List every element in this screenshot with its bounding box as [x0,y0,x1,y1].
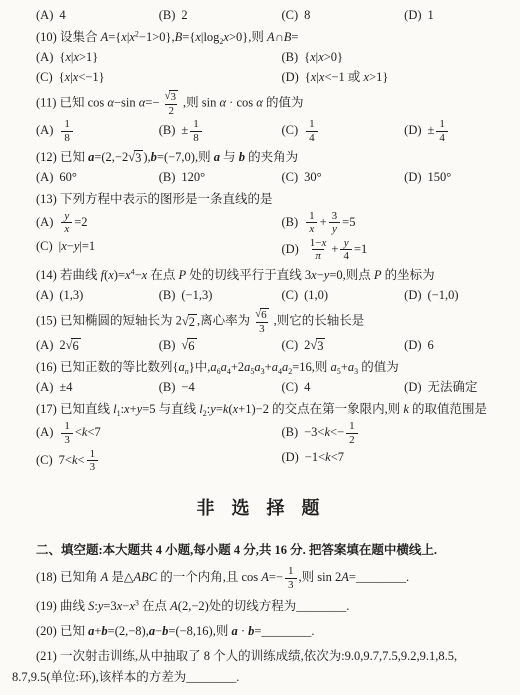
numerator: 1 [285,565,297,578]
vector-symbol: b [248,624,254,638]
denominator: 8 [190,131,202,145]
option-c: (C)4 [281,378,404,397]
option-d: (D)±14 [404,118,508,144]
vector-symbol: a [231,624,237,638]
option-text: (1,3) [59,288,83,302]
option-c: (C)30° [281,168,404,187]
numerator: 1 [346,420,358,433]
option-text: ±18 [181,123,203,137]
question-stem: (12) 已知 a=(2,−2√3),b=(−7,0),则 a 与 b 的夹角为 [36,148,508,167]
option-b: (B)(−1,3) [159,286,282,305]
option-d: (D)无法确定 [404,378,508,397]
option-c: (C)2√3 [281,336,404,355]
option-d: (D)(−1,0) [404,286,508,305]
numerator: √6 [252,308,272,322]
option-text: 1−xπ+y4=1 [305,242,367,256]
option-text: 18 [59,123,75,137]
numerator: 1 [61,420,73,433]
option-label: (B) [159,380,176,394]
option-text: yx=2 [59,215,87,229]
subscript: 1 [117,409,121,418]
fraction: 12 [346,420,358,446]
fraction: 14 [306,118,318,144]
option-label: (A) [36,338,53,352]
fraction: yx [61,210,72,236]
options-row: (C){x|x<−1}(D){x|x<−1 或 x>1} [36,68,508,87]
denominator: x [306,222,317,236]
denominator: 2 [165,104,177,118]
denominator: 3 [285,578,297,592]
option-d: (D)1 [404,6,508,25]
radicand: 6 [71,338,80,353]
denominator: 2 [346,433,358,447]
radicand: 3 [134,150,143,165]
fraction: 1−xπ [307,237,330,263]
option-b: (B)1x+3y=5 [281,210,508,236]
option-label: (A) [36,425,53,439]
option-a: (A)13<k<7 [36,420,281,446]
fill-in-question: (19) 曲线 S:y=3x−x3 在点 A(2,−2)处的切线方程为_____… [36,596,508,616]
option-text: {x|x<−1 或 x>1} [305,70,389,84]
options-row: (A)13<k<7(B)−3<k<−12 [36,420,508,446]
option-a: (A)±4 [36,378,159,397]
numerator: 1 [61,118,73,131]
fill-in-instructions: 二、填空题:本大题共 4 小题,每小题 4 分,共 16 分. 把答案填在题中横… [36,540,508,560]
radicand: 6 [260,308,269,322]
subscript: 2 [203,409,207,418]
fraction: 13 [87,448,99,474]
options-row: (A)4(B)2(C)8(D)1 [36,6,508,25]
option-label: (C) [36,239,53,253]
option-label: (B) [159,123,176,137]
option-label: (A) [36,170,53,184]
denominator: 3 [87,460,99,474]
sqrt-radical: √6 [66,338,81,353]
numerator: 3 [329,210,341,223]
option-b: (B)√6 [159,336,282,355]
denominator: π [312,249,324,263]
question-stem: (15) 已知椭圆的短轴长为 2√2,离心率为√63,则它的长轴长是 [36,308,508,335]
option-d: (D)150° [404,168,508,187]
option-a: (A)4 [36,6,159,25]
fraction: √63 [252,308,272,335]
option-text: 6 [428,338,434,352]
sqrt-radical: √6 [255,308,269,322]
option-text: 1 [428,8,434,22]
option-label: (C) [281,380,298,394]
fraction: 13 [285,565,297,591]
subscript: n [185,367,189,376]
option-b: (B)−4 [159,378,282,397]
option-label: (A) [36,215,53,229]
option-a: (A)(1,3) [36,286,159,305]
denominator: 3 [256,322,268,336]
numerator: 1 [87,448,99,461]
option-label: (D) [404,288,421,302]
option-label: (A) [36,8,53,22]
option-text: √6 [181,338,196,352]
option-c: (C)|x−y|=1 [36,237,281,263]
option-text: 4 [59,8,65,22]
vector-symbol: b [239,150,245,164]
option-label: (B) [281,215,298,229]
fraction: 1x [306,210,318,236]
option-text: {x|x>0} [304,50,343,64]
fraction: 18 [61,118,73,144]
option-d: (D)6 [404,336,508,355]
sqrt-radical: √6 [181,338,196,353]
option-text: −3<k<−12 [304,425,360,439]
option-text: |x−y|=1 [59,239,96,253]
subscript: 3 [354,367,358,376]
sqrt-radical: √3 [164,90,178,104]
vector-symbol: a [214,150,220,164]
subscript: 2 [288,367,292,376]
option-b: (B)−3<k<−12 [281,420,508,446]
fill-in-question: (20) 已知 a+b=(2,−8),a−b=(−8,16),则 a · b=_… [36,621,508,641]
option-a: (A)60° [36,168,159,187]
subscript: 3 [261,367,265,376]
options-row: (A)18(B)±18(C)14(D)±14 [36,118,508,144]
fraction: y4 [340,237,352,263]
option-b: (B){x|x>0} [281,48,508,67]
option-label: (C) [36,70,53,84]
option-text: ±14 [428,123,450,137]
vector-symbol: a [88,150,94,164]
denominator: 4 [436,131,448,145]
option-text: (−1,0) [428,288,459,302]
option-text: −1<k<7 [305,450,344,464]
option-text: 60° [59,170,77,184]
option-text: 150° [428,170,452,184]
options-row: (A){x|x>1}(B){x|x>0} [36,48,508,67]
radicand: 3 [316,338,325,353]
superscript: 4 [131,268,135,277]
option-text: (1,0) [304,288,328,302]
numerator: √3 [161,90,181,104]
question-stem: (10) 设集合 A={x|x2−1>0},B={x|log2x>0},则 A∩… [36,28,508,47]
option-text: 2√3 [304,338,325,352]
vector-symbol: b [162,624,168,638]
sqrt-radical: √3 [310,338,325,353]
option-label: (C) [281,288,298,302]
option-label: (D) [404,8,421,22]
option-text: 13<k<7 [59,425,100,439]
fraction: 3y [329,210,341,236]
option-text: 7<k<13 [59,453,100,467]
option-label: (A) [36,50,53,64]
denominator: y [329,222,340,236]
option-label: (A) [36,380,53,394]
option-text: 无法确定 [428,380,478,394]
option-text: −4 [181,380,194,394]
radicand: 2 [188,314,197,329]
sqrt-radical: √2 [182,314,197,329]
sqrt-radical: √3 [128,150,143,165]
option-d: (D){x|x<−1 或 x>1} [281,68,508,87]
option-b: (B)±18 [159,118,282,144]
denominator: x [61,222,72,236]
fill-in-question: (21) 一次射击训练,从中抽取了 8 个人的训练成绩,依次为:9.0,9.7,… [36,646,508,666]
option-label: (A) [36,123,53,137]
numerator: 1−x [307,237,330,250]
subscript: 5 [337,367,341,376]
fraction: √32 [161,90,181,117]
option-b: (B)120° [159,168,282,187]
option-a: (A)yx=2 [36,210,281,236]
vector-symbol: b [101,624,107,638]
numerator: y [341,237,352,250]
numerator: 1 [306,210,318,223]
fill-in-question-continuation: 8.7,9.5(单位:环),该样本的方差为________. [12,667,508,687]
option-text: 4 [304,380,310,394]
superscript: 2 [135,30,139,39]
options-row: (A)±4(B)−4(C)4(D)无法确定 [36,378,508,397]
option-text: 14 [304,123,320,137]
option-c: (C){x|x<−1} [36,68,281,87]
option-text: 120° [181,170,205,184]
option-text: 1x+3y=5 [304,215,355,229]
option-a: (A){x|x>1} [36,48,281,67]
radicand: 6 [187,338,196,353]
options-row: (A)yx=2(B)1x+3y=5 [36,210,508,236]
denominator: 4 [306,131,318,145]
option-c: (C)14 [281,118,404,144]
options-row: (C)7<k<13(D)−1<k<7 [36,448,508,474]
option-label: (D) [281,242,298,256]
question-stem: (14) 若曲线 f(x)=x4−x 在点 P 处的切线平行于直线 3x−y=0… [36,266,508,285]
options-row: (A)2√6(B)√6(C)2√3(D)6 [36,336,508,355]
option-c: (C)(1,0) [281,286,404,305]
options-row: (A)60°(B)120°(C)30°(D)150° [36,168,508,187]
option-text: (−1,3) [181,288,212,302]
option-label: (B) [159,8,176,22]
fill-in-question: (18) 已知角 A 是△ABC 的一个内角,且 cos A=−13,则 sin… [36,565,508,591]
option-d: (D)1−xπ+y4=1 [281,237,508,263]
option-text: 30° [304,170,322,184]
denominator: 8 [61,131,73,145]
option-label: (D) [404,170,421,184]
exam-content: (A)4(B)2(C)8(D)1(10) 设集合 A={x|x2−1>0},B=… [36,6,508,687]
vector-symbol: b [151,150,157,164]
superscript: 3 [135,599,139,608]
numerator: 1 [436,118,448,131]
option-label: (A) [36,288,53,302]
question-stem: (11) 已知 cos α−sin α=−√32,则 sin α · cos α… [36,90,508,117]
exam-paper-scan: (A)4(B)2(C)8(D)1(10) 设集合 A={x|x2−1>0},B=… [0,0,520,695]
option-label: (C) [36,453,53,467]
numerator: 1 [306,118,318,131]
option-label: (D) [281,450,298,464]
option-label: (B) [159,338,176,352]
option-label: (C) [281,338,298,352]
option-c: (C)8 [281,6,404,25]
option-text: ±4 [59,380,72,394]
question-stem: (16) 已知正数的等比数列{an}中,a6a4+2a5a3+a4a2=16,则… [36,358,508,377]
option-label: (C) [281,8,298,22]
option-text: 2 [181,8,187,22]
denominator: 4 [340,249,352,263]
option-a: (A)18 [36,118,159,144]
option-label: (D) [281,70,298,84]
option-label: (B) [159,170,176,184]
option-label: (B) [159,288,176,302]
subscript: 4 [227,367,231,376]
vector-symbol: a [149,624,155,638]
option-d: (D)−1<k<7 [281,448,508,474]
numerator: y [61,210,72,223]
option-label: (C) [281,123,298,137]
vector-symbol: a [88,624,94,638]
denominator: 3 [61,433,73,447]
option-label: (B) [281,425,298,439]
option-text: 8 [304,8,310,22]
option-text: 2√6 [59,338,80,352]
option-label: (D) [404,338,421,352]
fraction: 13 [61,420,73,446]
option-text: {x|x<−1} [59,70,105,84]
option-label: (D) [404,123,421,137]
numerator: 1 [190,118,202,131]
section-heading: 非 选 择 题 [14,494,508,520]
option-label: (C) [281,170,298,184]
option-label: (D) [404,380,421,394]
fraction: 18 [190,118,202,144]
options-row: (A)(1,3)(B)(−1,3)(C)(1,0)(D)(−1,0) [36,286,508,305]
option-b: (B)2 [159,6,282,25]
radicand: 3 [169,90,178,104]
options-row: (C)|x−y|=1(D)1−xπ+y4=1 [36,237,508,263]
option-text: {x|x>1} [59,50,98,64]
option-a: (A)2√6 [36,336,159,355]
question-stem: (17) 已知直线 l1:x+y=5 与直线 l2:y=k(x+1)−2 的交点… [36,400,508,419]
fraction: 14 [436,118,448,144]
option-c: (C)7<k<13 [36,448,281,474]
option-label: (B) [281,50,298,64]
question-stem: (13) 下列方程中表示的图形是一条直线的是 [36,190,508,209]
